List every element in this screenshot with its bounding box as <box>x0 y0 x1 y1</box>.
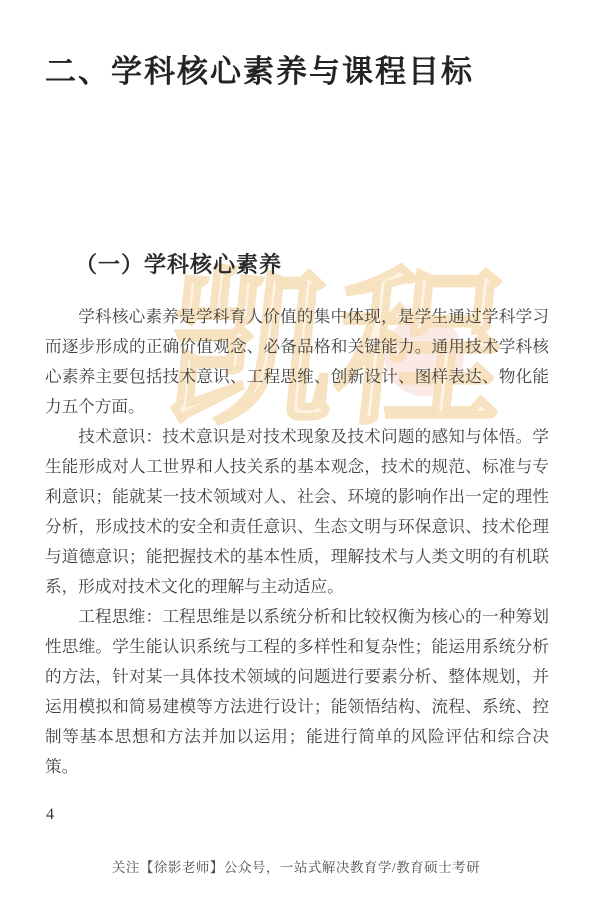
term-lead: 工程思维 <box>78 607 145 626</box>
section-heading: （一）学科核心素养 <box>75 248 282 279</box>
paragraph-text: 学科核心素养是学科育人价值的集中体现，是学生通过学科学习而逐步形成的正确价值观念… <box>45 307 549 416</box>
paragraph-text: 工程思维是以系统分析和比较权衡为核心的一种筹划性思维。学生能认识系统与工程的多样… <box>45 607 549 776</box>
paragraph-engineering-thinking: 工程思维：工程思维是以系统分析和比较权衡为核心的一种筹划性思维。学生能认识系统与… <box>45 602 549 782</box>
term-lead: 技术意识 <box>78 427 145 446</box>
chapter-title: 二、学科核心素养与课程目标 <box>45 46 474 91</box>
paragraph-tech-awareness: 技术意识：技术意识是对技术现象及技术问题的感知与体悟。学生能形成对人工世界和人技… <box>45 422 549 602</box>
document-page: 凯程 二、学科核心素养与课程目标 （一）学科核心素养 学科核心素养是学科育人价值… <box>0 0 592 909</box>
term-colon: ： <box>145 607 162 626</box>
page-number: 4 <box>46 806 54 824</box>
body-text: 学科核心素养是学科育人价值的集中体现，是学生通过学科学习而逐步形成的正确价值观念… <box>45 302 549 782</box>
footer-note: 关注【徐影老师】公众号，一站式解决教育学/教育硕士考研 <box>0 856 592 876</box>
paragraph-core-literacy: 学科核心素养是学科育人价值的集中体现，是学生通过学科学习而逐步形成的正确价值观念… <box>45 302 549 422</box>
paragraph-text: 技术意识是对技术现象及技术问题的感知与体悟。学生能形成对人工世界和人技关系的基本… <box>45 427 549 596</box>
term-colon: ： <box>145 427 162 446</box>
